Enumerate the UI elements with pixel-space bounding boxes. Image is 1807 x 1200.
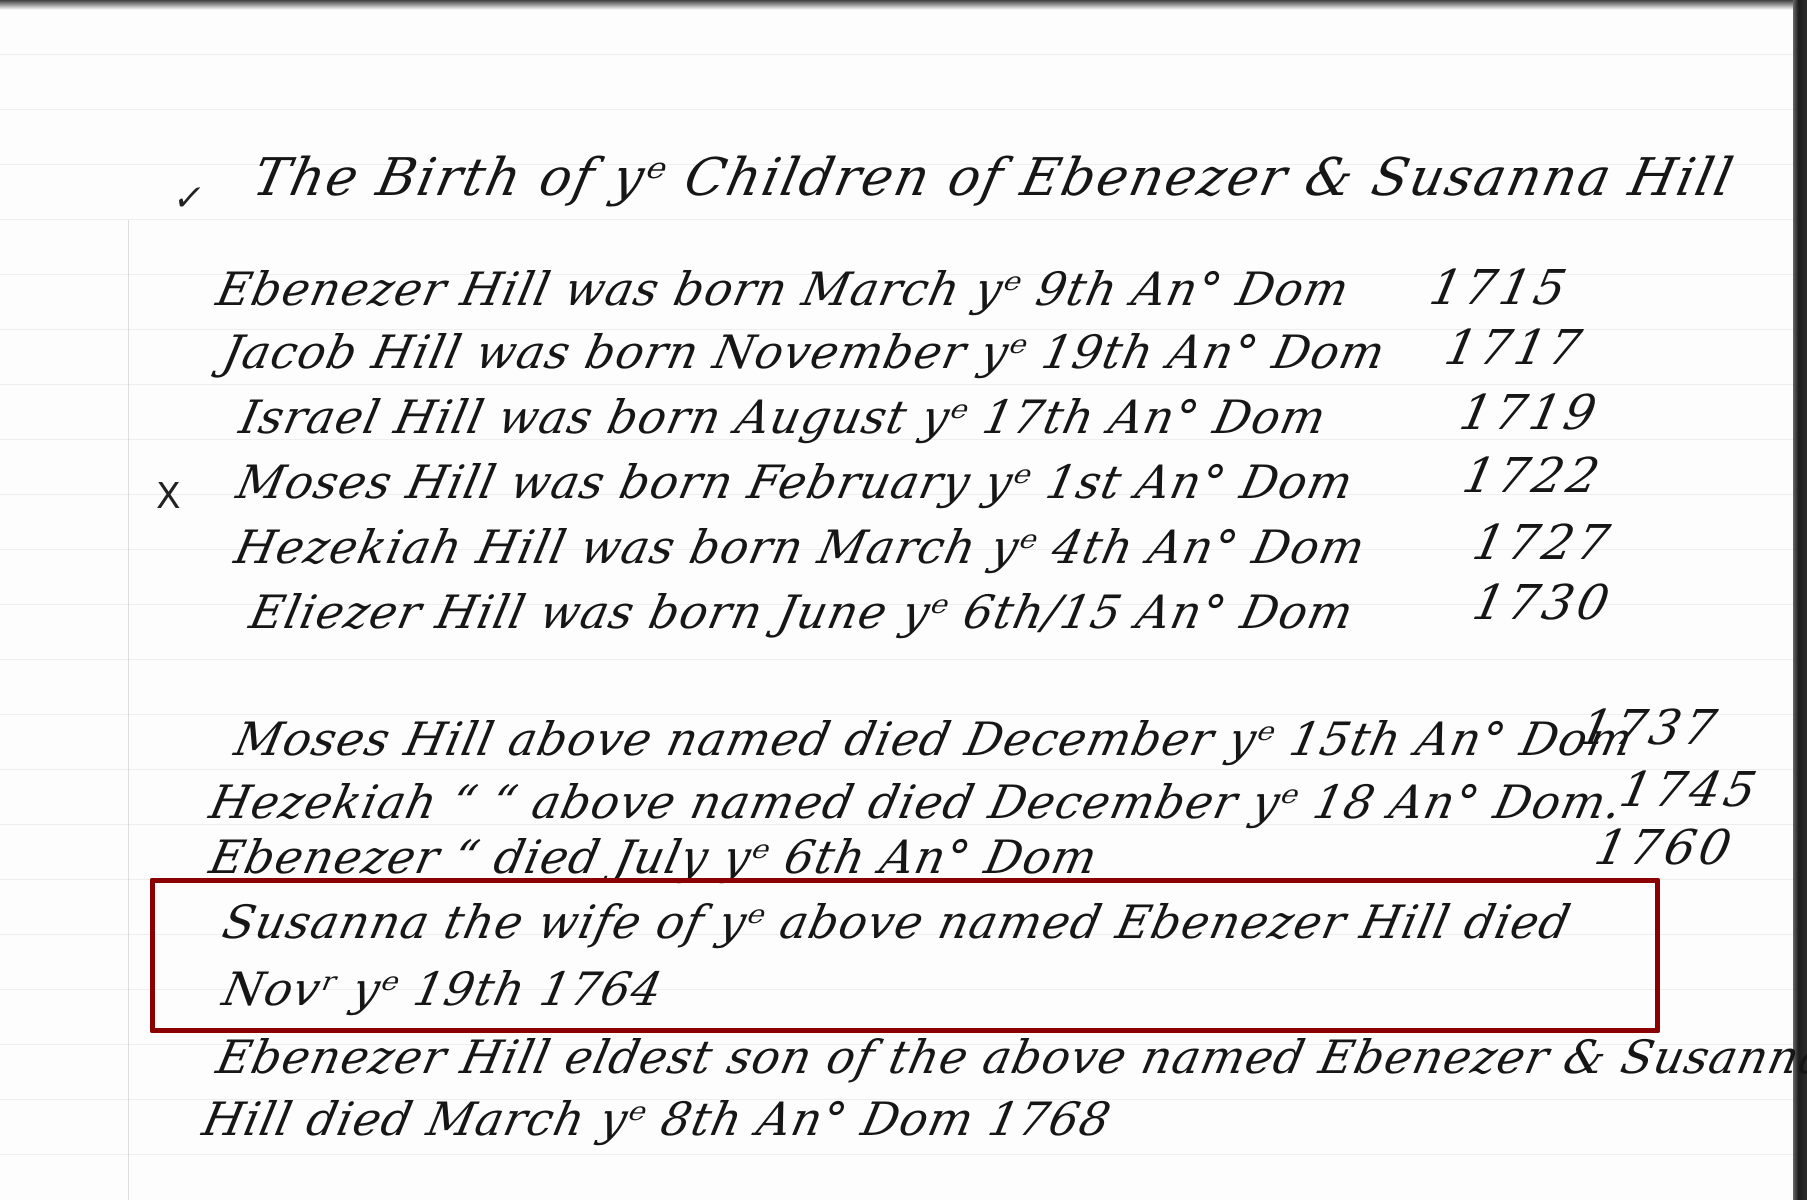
page-title: The Birth of yᵉ Children of Ebenezer & S… [248, 148, 1740, 208]
birth-entry: Moses Hill was born February yᵉ 1st An° … [232, 455, 1358, 509]
margin-rule [128, 220, 129, 1200]
death-entry: Ebenezer “ died July yᵉ 6th An° Dom [205, 830, 1103, 884]
final-entry-line-1: Ebenezer Hill eldest son of the above na… [212, 1030, 1807, 1084]
book-binding-edge [1793, 0, 1807, 1200]
birth-year: 1717 [1440, 320, 1590, 376]
birth-entry: Jacob Hill was born November yᵉ 19th An°… [218, 325, 1391, 379]
birth-year: 1727 [1468, 515, 1618, 571]
birth-entry: Ebenezer Hill was born March yᵉ 9th An° … [212, 262, 1355, 316]
register-page: ✓ The Birth of yᵉ Children of Ebenezer &… [0, 0, 1807, 1200]
birth-year: 1730 [1468, 575, 1618, 631]
page-top-edge [0, 0, 1807, 10]
birth-entry: Hezekiah Hill was born March yᵉ 4th An° … [230, 520, 1370, 574]
death-entry: Moses Hill above named died December yᵉ … [230, 712, 1638, 766]
x-mark-icon: X [156, 476, 181, 517]
birth-entry: Eliezer Hill was born June yᵉ 6th/15 An°… [245, 585, 1359, 639]
birth-year: 1722 [1458, 448, 1608, 504]
death-entry: Hezekiah “ “ above named died December y… [205, 775, 1627, 829]
check-mark-icon: ✓ [170, 178, 207, 219]
birth-year: 1715 [1425, 260, 1575, 316]
death-year: 1745 [1615, 762, 1765, 818]
birth-entry: Israel Hill was born August yᵉ 17th An° … [235, 390, 1331, 444]
final-entry-line-2: Hill died March yᵉ 8th An° Dom 1768 [198, 1092, 1116, 1146]
death-year: 1760 [1590, 820, 1740, 876]
death-year: 1737 [1575, 700, 1725, 756]
highlight-annotation-box [150, 878, 1660, 1033]
birth-year: 1719 [1455, 385, 1605, 441]
